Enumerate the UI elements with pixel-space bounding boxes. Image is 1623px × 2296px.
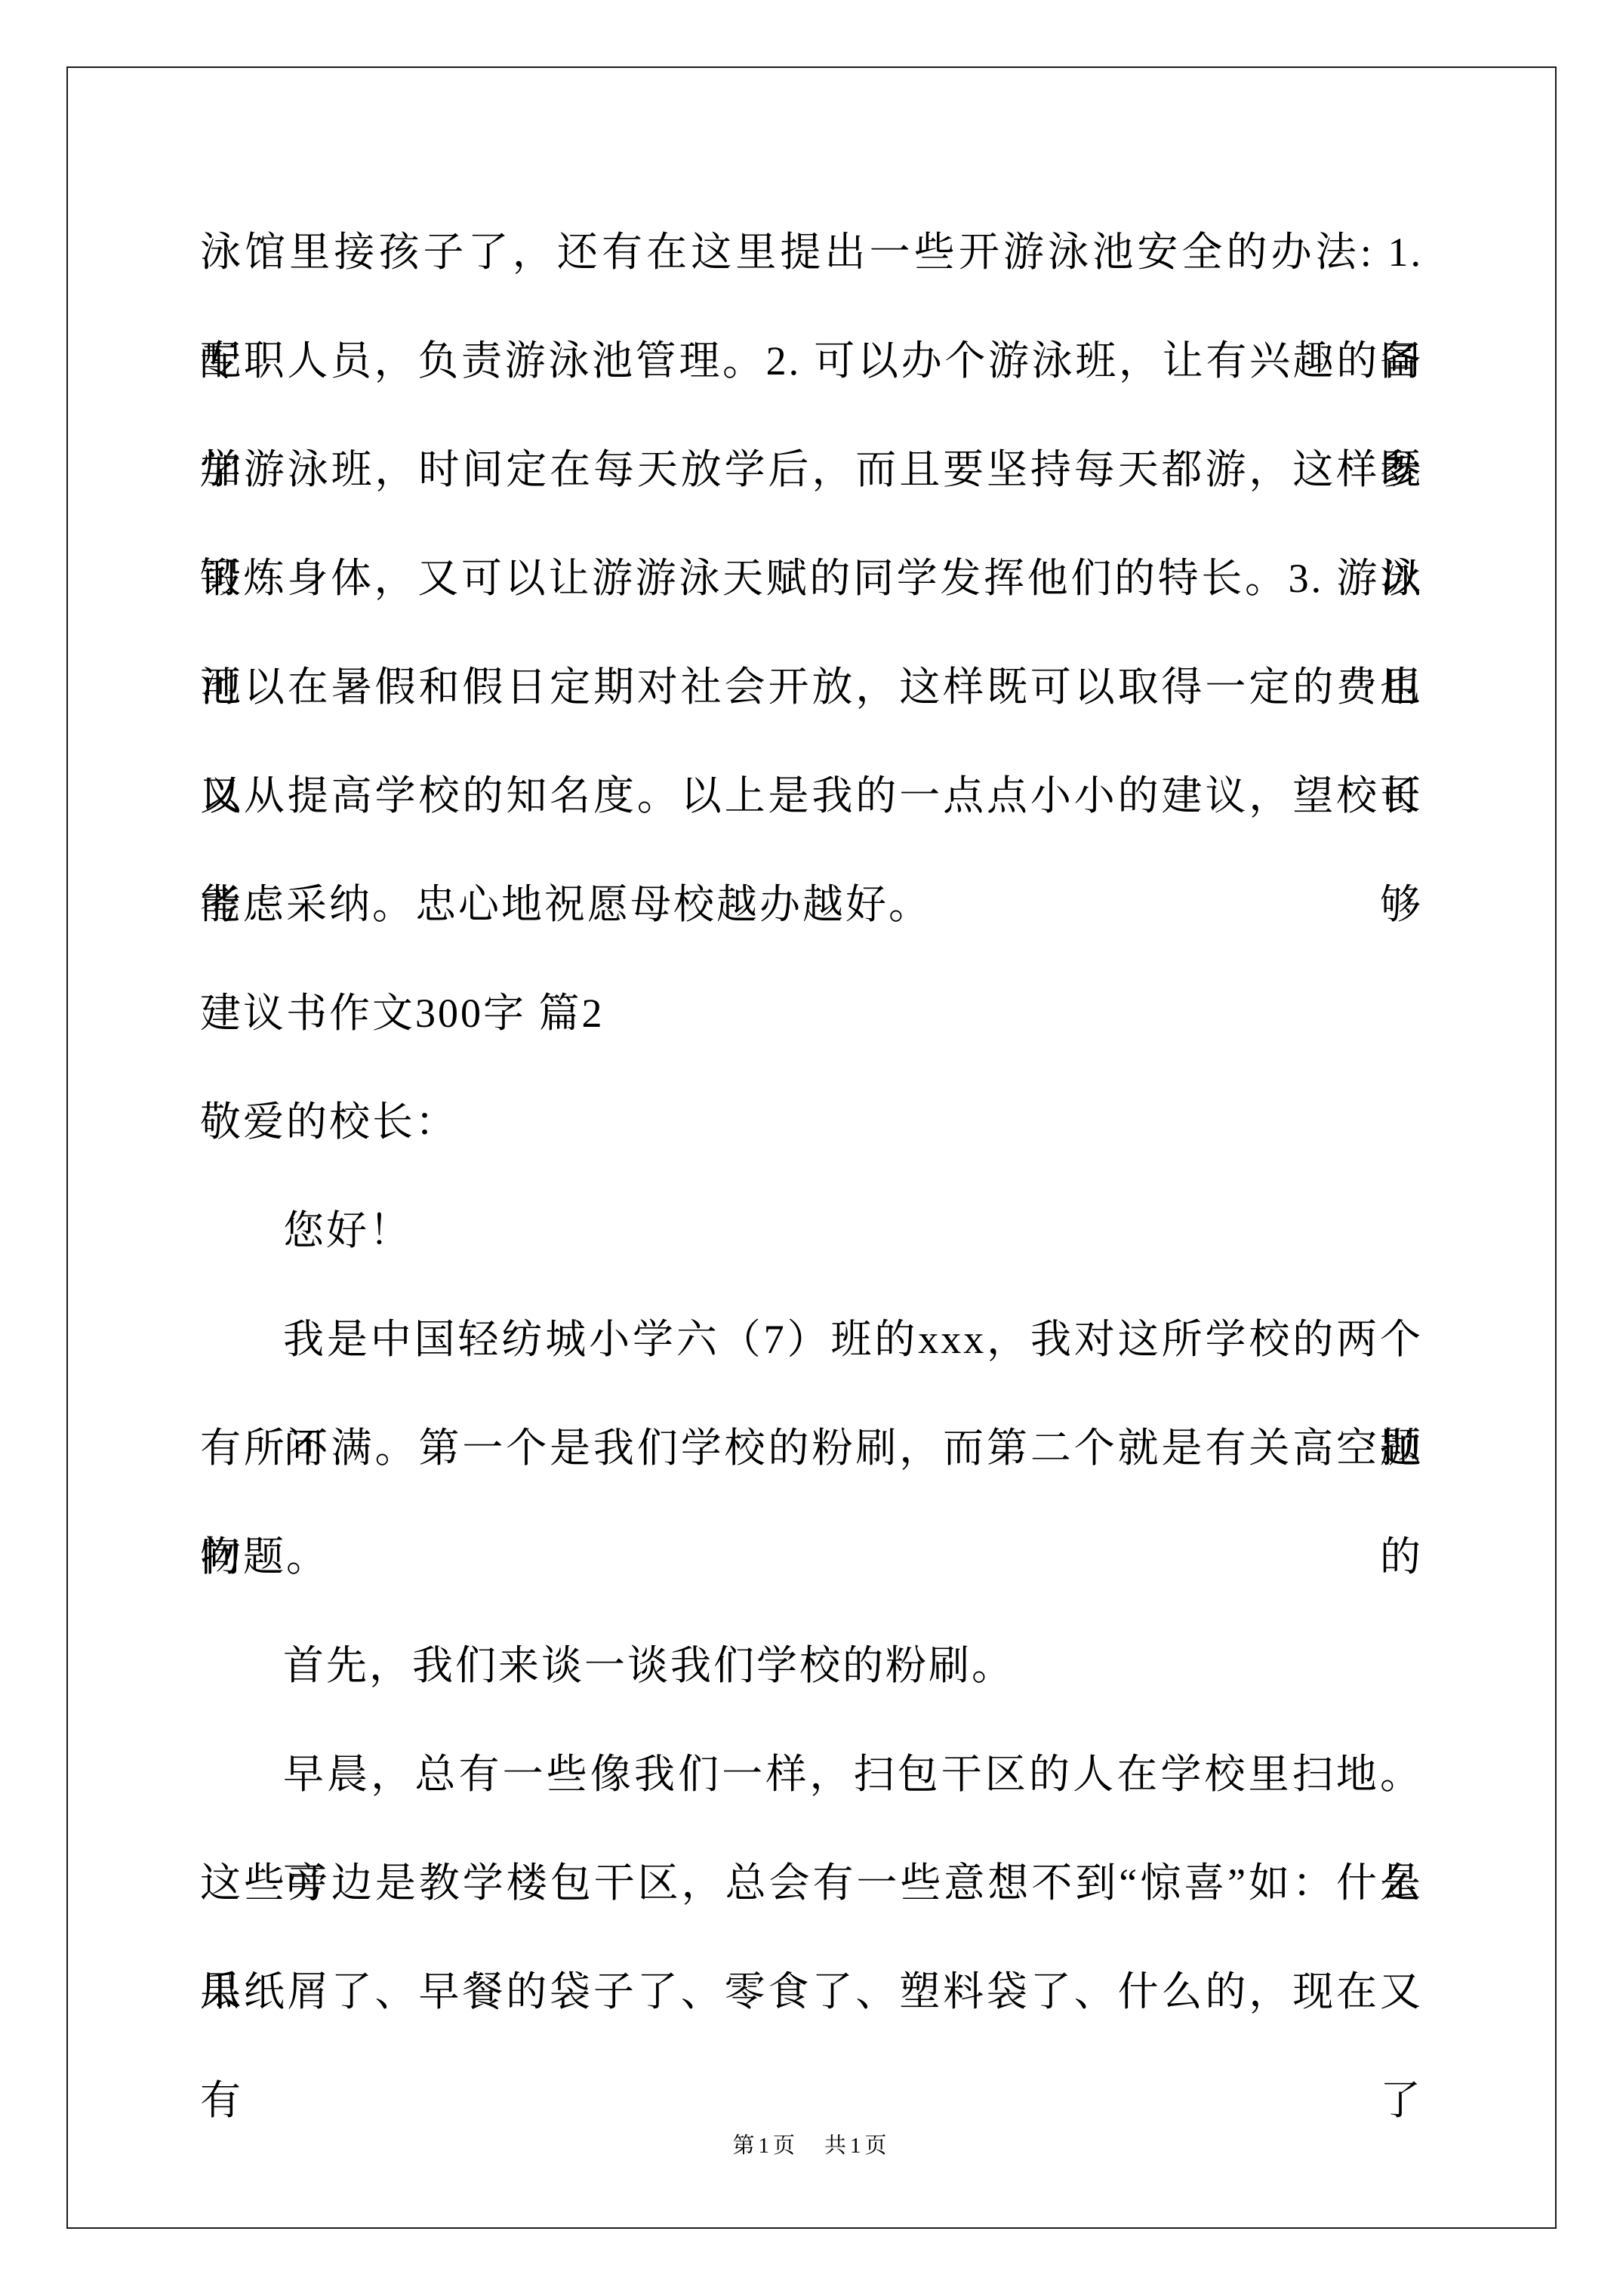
text-line: 我是中国轻纺城小学六（7）班的xxx，我对这所学校的两个问题 bbox=[200, 1285, 1423, 1394]
text-line: 泳馆里接孩子了，还有在这里提出一些开游泳池安全的办法: 1. 配备 bbox=[200, 198, 1423, 307]
text-line: 您好！ bbox=[200, 1176, 1423, 1285]
page-footer: 第1页共1页 bbox=[0, 2126, 1623, 2165]
text-line: 首先，我们来谈一谈我们学校的粉刷。 bbox=[200, 1611, 1423, 1720]
text-line: 锻炼身体，又可以让游游泳天赋的同学发挥他们的特长。3. 游泳池也 bbox=[200, 524, 1423, 633]
text-line: 以从提高学校的知名度。以上是我的一点点小小的建议，望校长能够 bbox=[200, 741, 1423, 850]
text-line: 有所不满。第一个是我们学校的粉刷，而第二个就是有关高空抛物的 bbox=[200, 1394, 1423, 1502]
text-line: 建议书作文300字 篇2 bbox=[200, 959, 1423, 1068]
paragraph-lines: 泳馆里接孩子了，还有在这里提出一些开游泳池安全的办法: 1. 配备专职人员，负责… bbox=[200, 198, 1423, 2046]
document-page: { "document": { "lines": [ { "text": "泳馆… bbox=[0, 0, 1623, 2296]
footer-total-pages: 共1页 bbox=[824, 2134, 891, 2158]
footer-page-number: 第1页 bbox=[732, 2134, 799, 2158]
text-line: 加游泳班，时间定在每天放学后，而且要坚持每天都游，这样既可以 bbox=[200, 415, 1423, 524]
text-line: 早晨，总有一些像我们一样，扫包干区的人在学校里扫地。可是 bbox=[200, 1720, 1423, 1829]
text-line: 专职人员，负责游泳池管理。2. 可以办个游泳班，让有兴趣的同学参 bbox=[200, 307, 1423, 415]
document-body: 泳馆里接孩子了，还有在这里提出一些开游泳池安全的办法: 1. 配备专职人员，负责… bbox=[200, 198, 1423, 2046]
text-line: 可以在暑假和假日定期对社会开放，这样既可以取得一定的费用又可 bbox=[200, 633, 1423, 741]
text-line: 这些旁边是教学楼包干区，总会有一些意想不到“惊喜”如：什么瓜 bbox=[200, 1829, 1423, 1937]
text-line: 敬爱的校长： bbox=[200, 1068, 1423, 1176]
text-line: 果纸屑了、早餐的袋子了、零食了、塑料袋了、什么的，现在又有了 bbox=[200, 1937, 1423, 2046]
